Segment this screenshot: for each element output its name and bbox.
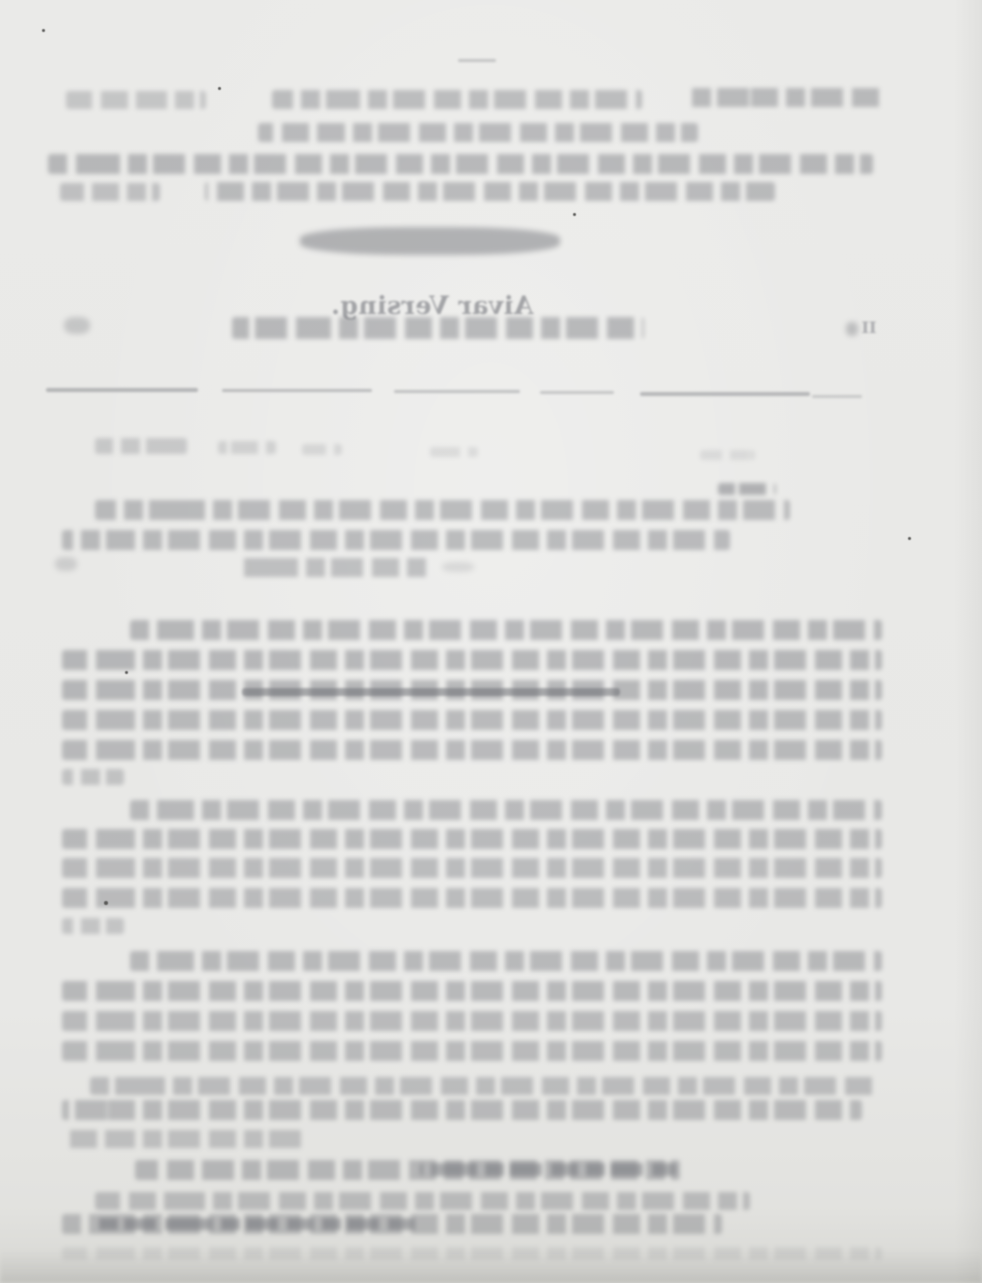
bleed-text-line bbox=[66, 91, 206, 109]
bleed-text-line bbox=[62, 829, 882, 849]
bleed-text-line bbox=[48, 154, 873, 174]
bleed-text-line bbox=[62, 1041, 882, 1061]
bleed-text-line bbox=[62, 1100, 862, 1120]
bleed-text-line bbox=[95, 438, 187, 454]
bleed-blob bbox=[64, 317, 90, 334]
ink-speck bbox=[104, 901, 108, 905]
bleed-text-line bbox=[688, 88, 883, 107]
bleed-text-line bbox=[272, 90, 642, 109]
bleed-text-line bbox=[62, 710, 882, 730]
bleed-text-line bbox=[95, 500, 790, 520]
bleed-text-line bbox=[258, 123, 698, 142]
bleed-text-line bbox=[62, 530, 730, 550]
bleed-text-line bbox=[62, 769, 124, 785]
mirrored-page-mark: II bbox=[856, 318, 882, 338]
bleed-text-line bbox=[60, 183, 160, 201]
ink-speck bbox=[573, 213, 576, 216]
bleed-text-line bbox=[96, 1218, 420, 1230]
bleed-text-line bbox=[62, 650, 882, 670]
mirrored-bleed-title: Aivar Versing. bbox=[316, 291, 548, 323]
bleed-text-line bbox=[130, 951, 882, 971]
bleed-text-line bbox=[62, 858, 882, 878]
bleed-text-line bbox=[62, 918, 124, 934]
bleed-text-line bbox=[718, 483, 776, 495]
bleed-text-line bbox=[430, 447, 478, 457]
bleed-text-line bbox=[62, 981, 882, 1001]
ink-speck bbox=[125, 671, 128, 674]
bleed-text-line bbox=[700, 450, 755, 460]
bleed-text-line bbox=[302, 444, 342, 455]
bleed-text-line bbox=[130, 800, 882, 820]
ink-speck bbox=[908, 537, 911, 540]
bleed-blob bbox=[55, 557, 77, 571]
bleed-rule-segment bbox=[458, 59, 496, 62]
bleed-rule-segment bbox=[812, 395, 862, 398]
bleed-text-line bbox=[90, 1077, 880, 1095]
bleed-text-line bbox=[218, 441, 276, 454]
bleed-text-line bbox=[205, 182, 775, 201]
bleed-text-line bbox=[95, 1192, 750, 1210]
bleed-text-line bbox=[130, 620, 882, 640]
bleed-text-line bbox=[62, 1011, 882, 1031]
bleed-rule-segment bbox=[394, 390, 520, 393]
bleed-text-line bbox=[62, 1247, 882, 1260]
ink-speck bbox=[42, 29, 45, 32]
bleed-blob bbox=[442, 562, 474, 572]
bleed-rule-segment bbox=[46, 388, 198, 392]
bleed-rule-segment bbox=[242, 688, 620, 696]
bleed-rule-segment bbox=[640, 392, 810, 396]
bleed-text-line bbox=[62, 888, 882, 908]
bleed-blob bbox=[300, 227, 560, 255]
bleed-rule-segment bbox=[540, 391, 614, 394]
bleed-rule-segment bbox=[222, 389, 372, 392]
bleed-text-line bbox=[240, 558, 428, 577]
bleed-text-line bbox=[62, 740, 882, 760]
bleed-text-line bbox=[62, 1130, 302, 1148]
bleed-text-line bbox=[420, 1163, 676, 1176]
scanned-page: Aivar Versing. II bbox=[0, 0, 982, 1283]
ink-speck bbox=[218, 87, 221, 90]
